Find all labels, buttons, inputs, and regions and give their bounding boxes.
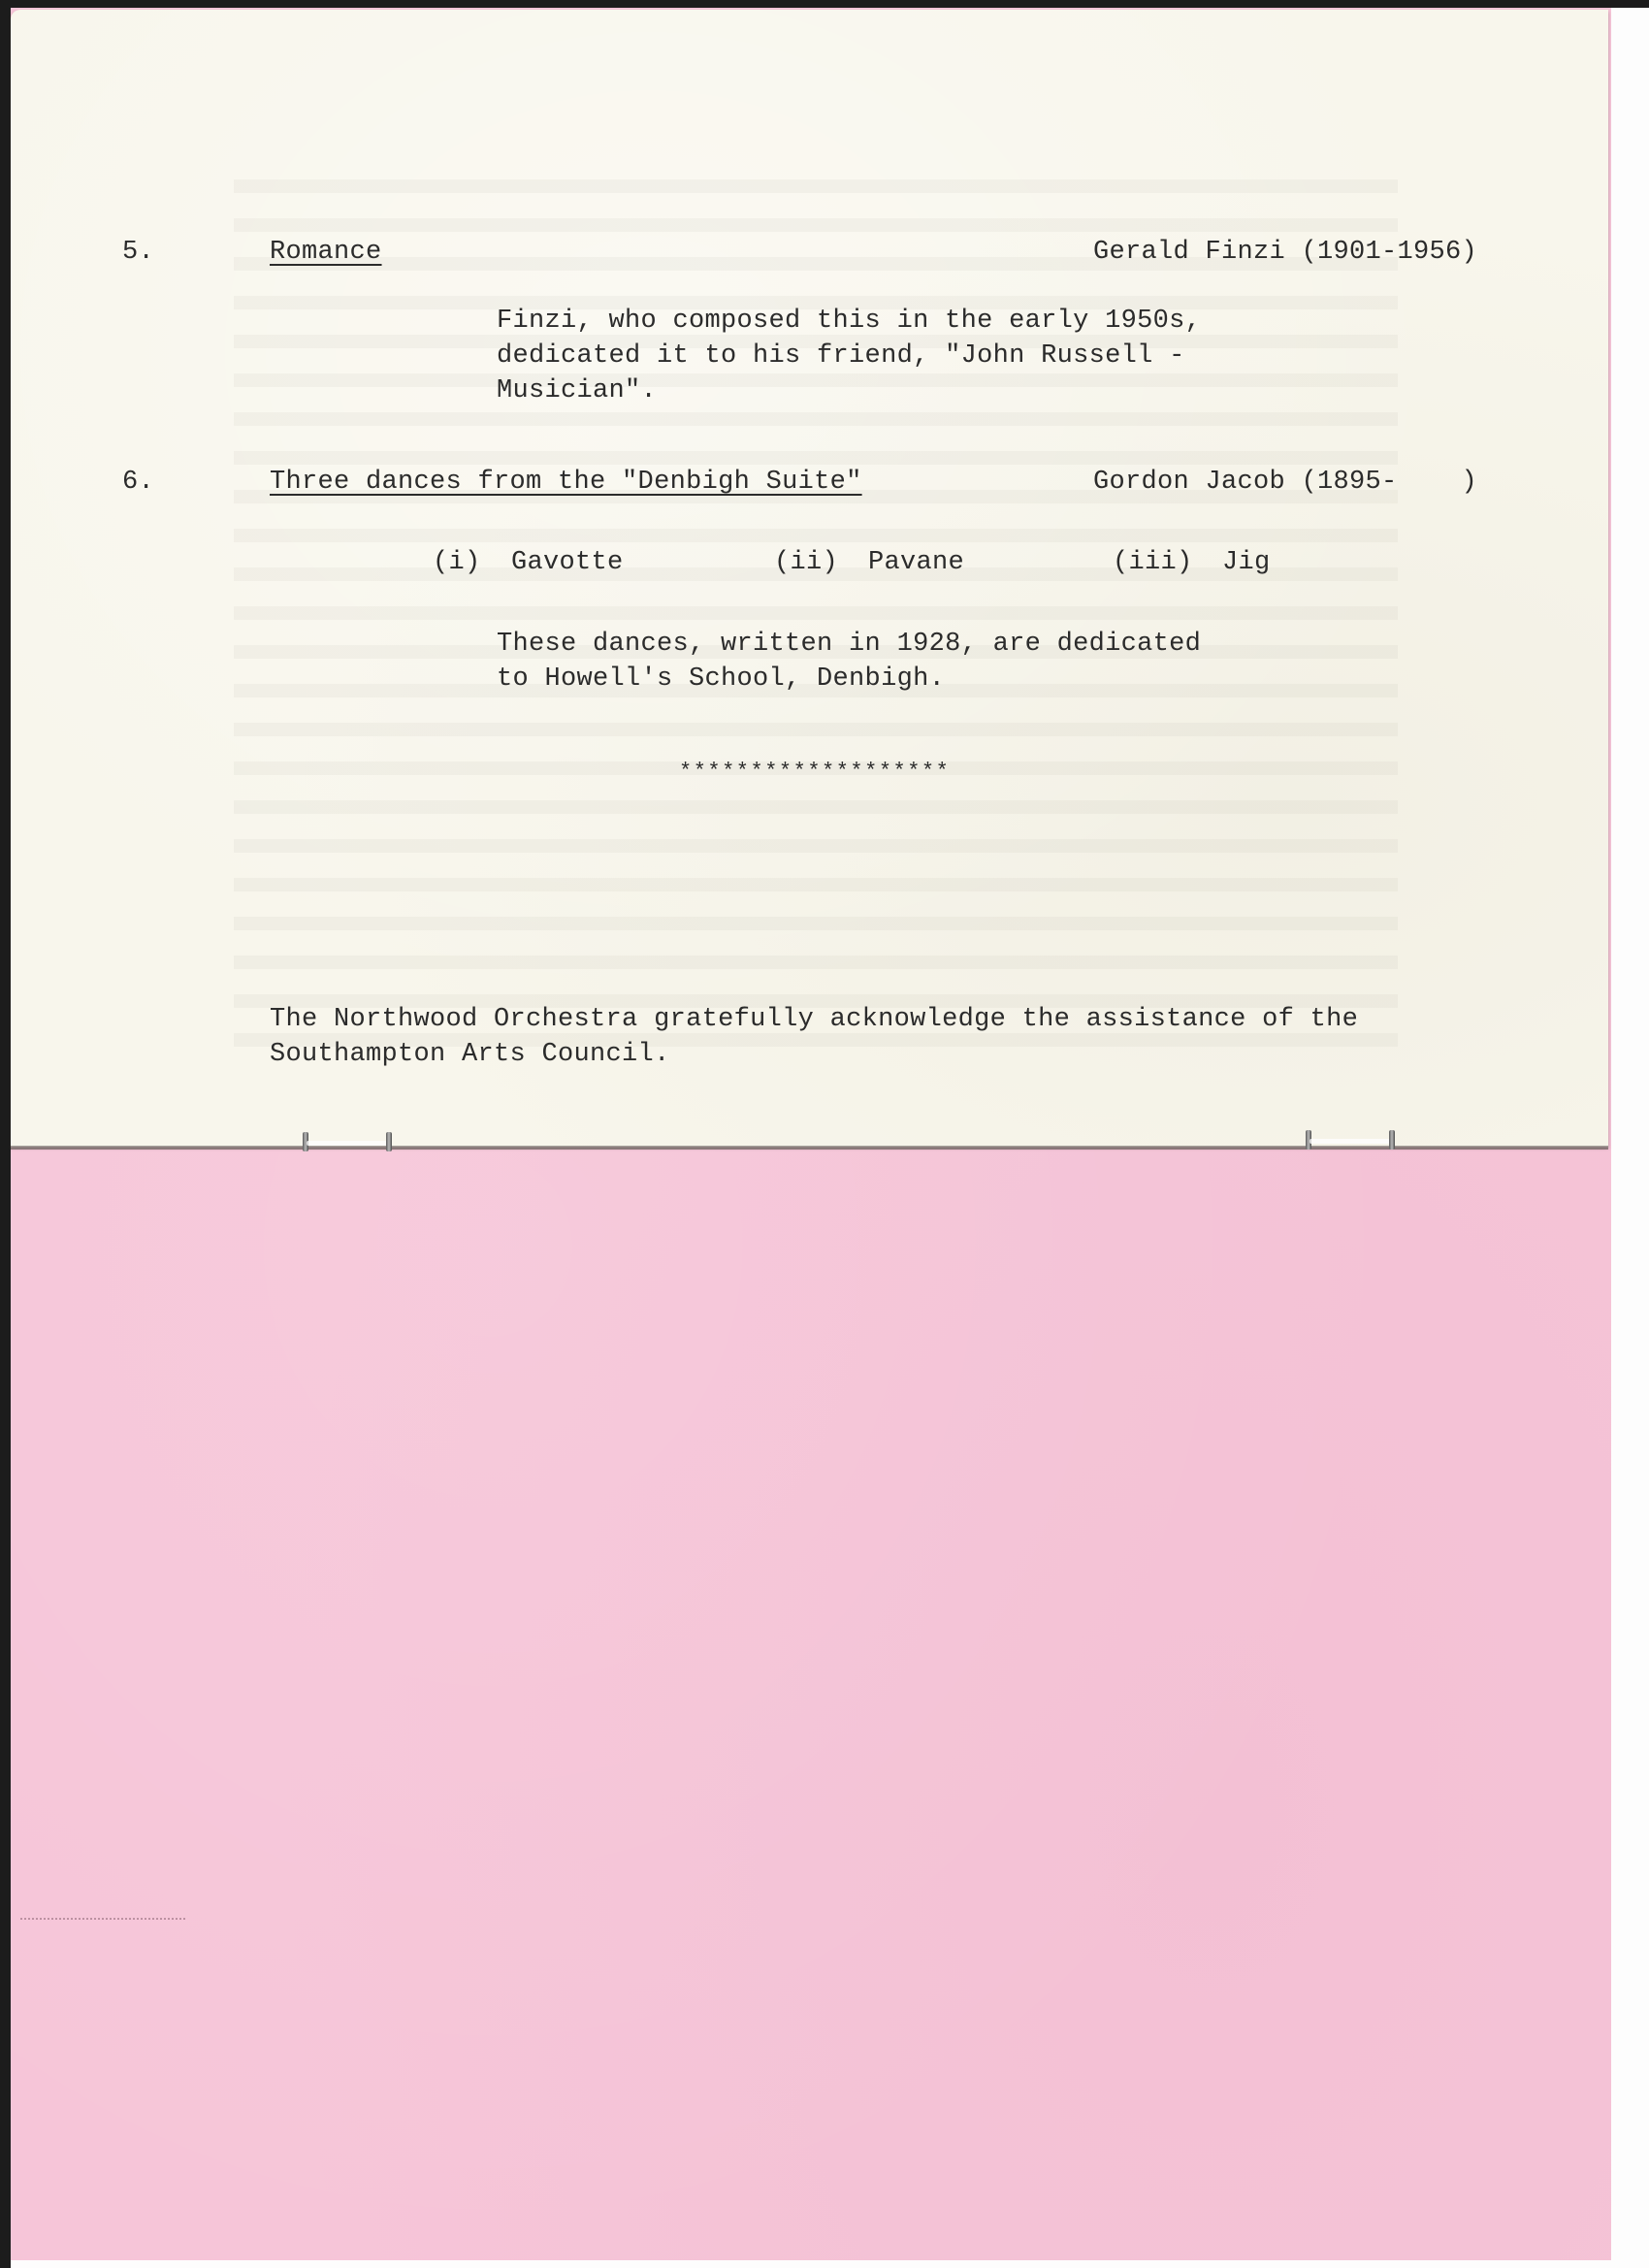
item-5-note-line-2: dedicated it to his friend, "John Russel… <box>497 339 1185 373</box>
scanner-edge-top <box>0 0 1649 8</box>
item-6-note-line-2: to Howell's School, Denbigh. <box>497 662 945 697</box>
acknowledgement-line-2: Southampton Arts Council. <box>270 1037 670 1072</box>
movement-1-numeral: (i) <box>433 545 481 580</box>
movement-2-name: Pavane <box>868 545 964 580</box>
faint-dotted-mark <box>20 1918 185 1920</box>
scanner-edge-left <box>0 0 11 2268</box>
item-6-number: 6. <box>122 465 154 500</box>
acknowledgement-line-1: The Northwood Orchestra gratefully ackno… <box>270 1002 1358 1037</box>
item-5-note-line-1: Finzi, who composed this in the early 19… <box>497 304 1201 339</box>
item-5-number: 5. <box>122 235 154 270</box>
item-5-title: Romance <box>270 235 382 270</box>
item-5-note-line-3: Musician". <box>497 373 657 408</box>
scanner-margin-right <box>1611 8 1649 2268</box>
staple-left <box>303 1132 392 1151</box>
item-6-title: Three dances from the "Denbigh Suite" <box>270 465 862 500</box>
movement-3-numeral: (iii) <box>1113 545 1193 580</box>
item-5-composer: Gerald Finzi (1901-1956) <box>1093 235 1477 270</box>
asterisk-separator: ******************* <box>679 755 950 790</box>
movement-2-numeral: (ii) <box>774 545 838 580</box>
movement-1-name: Gavotte <box>511 545 624 580</box>
item-6-note-line-1: These dances, written in 1928, are dedic… <box>497 627 1201 662</box>
movement-3-name: Jig <box>1222 545 1271 580</box>
item-6-composer: Gordon Jacob (1895- ) <box>1093 465 1477 500</box>
staple-right <box>1306 1130 1395 1150</box>
